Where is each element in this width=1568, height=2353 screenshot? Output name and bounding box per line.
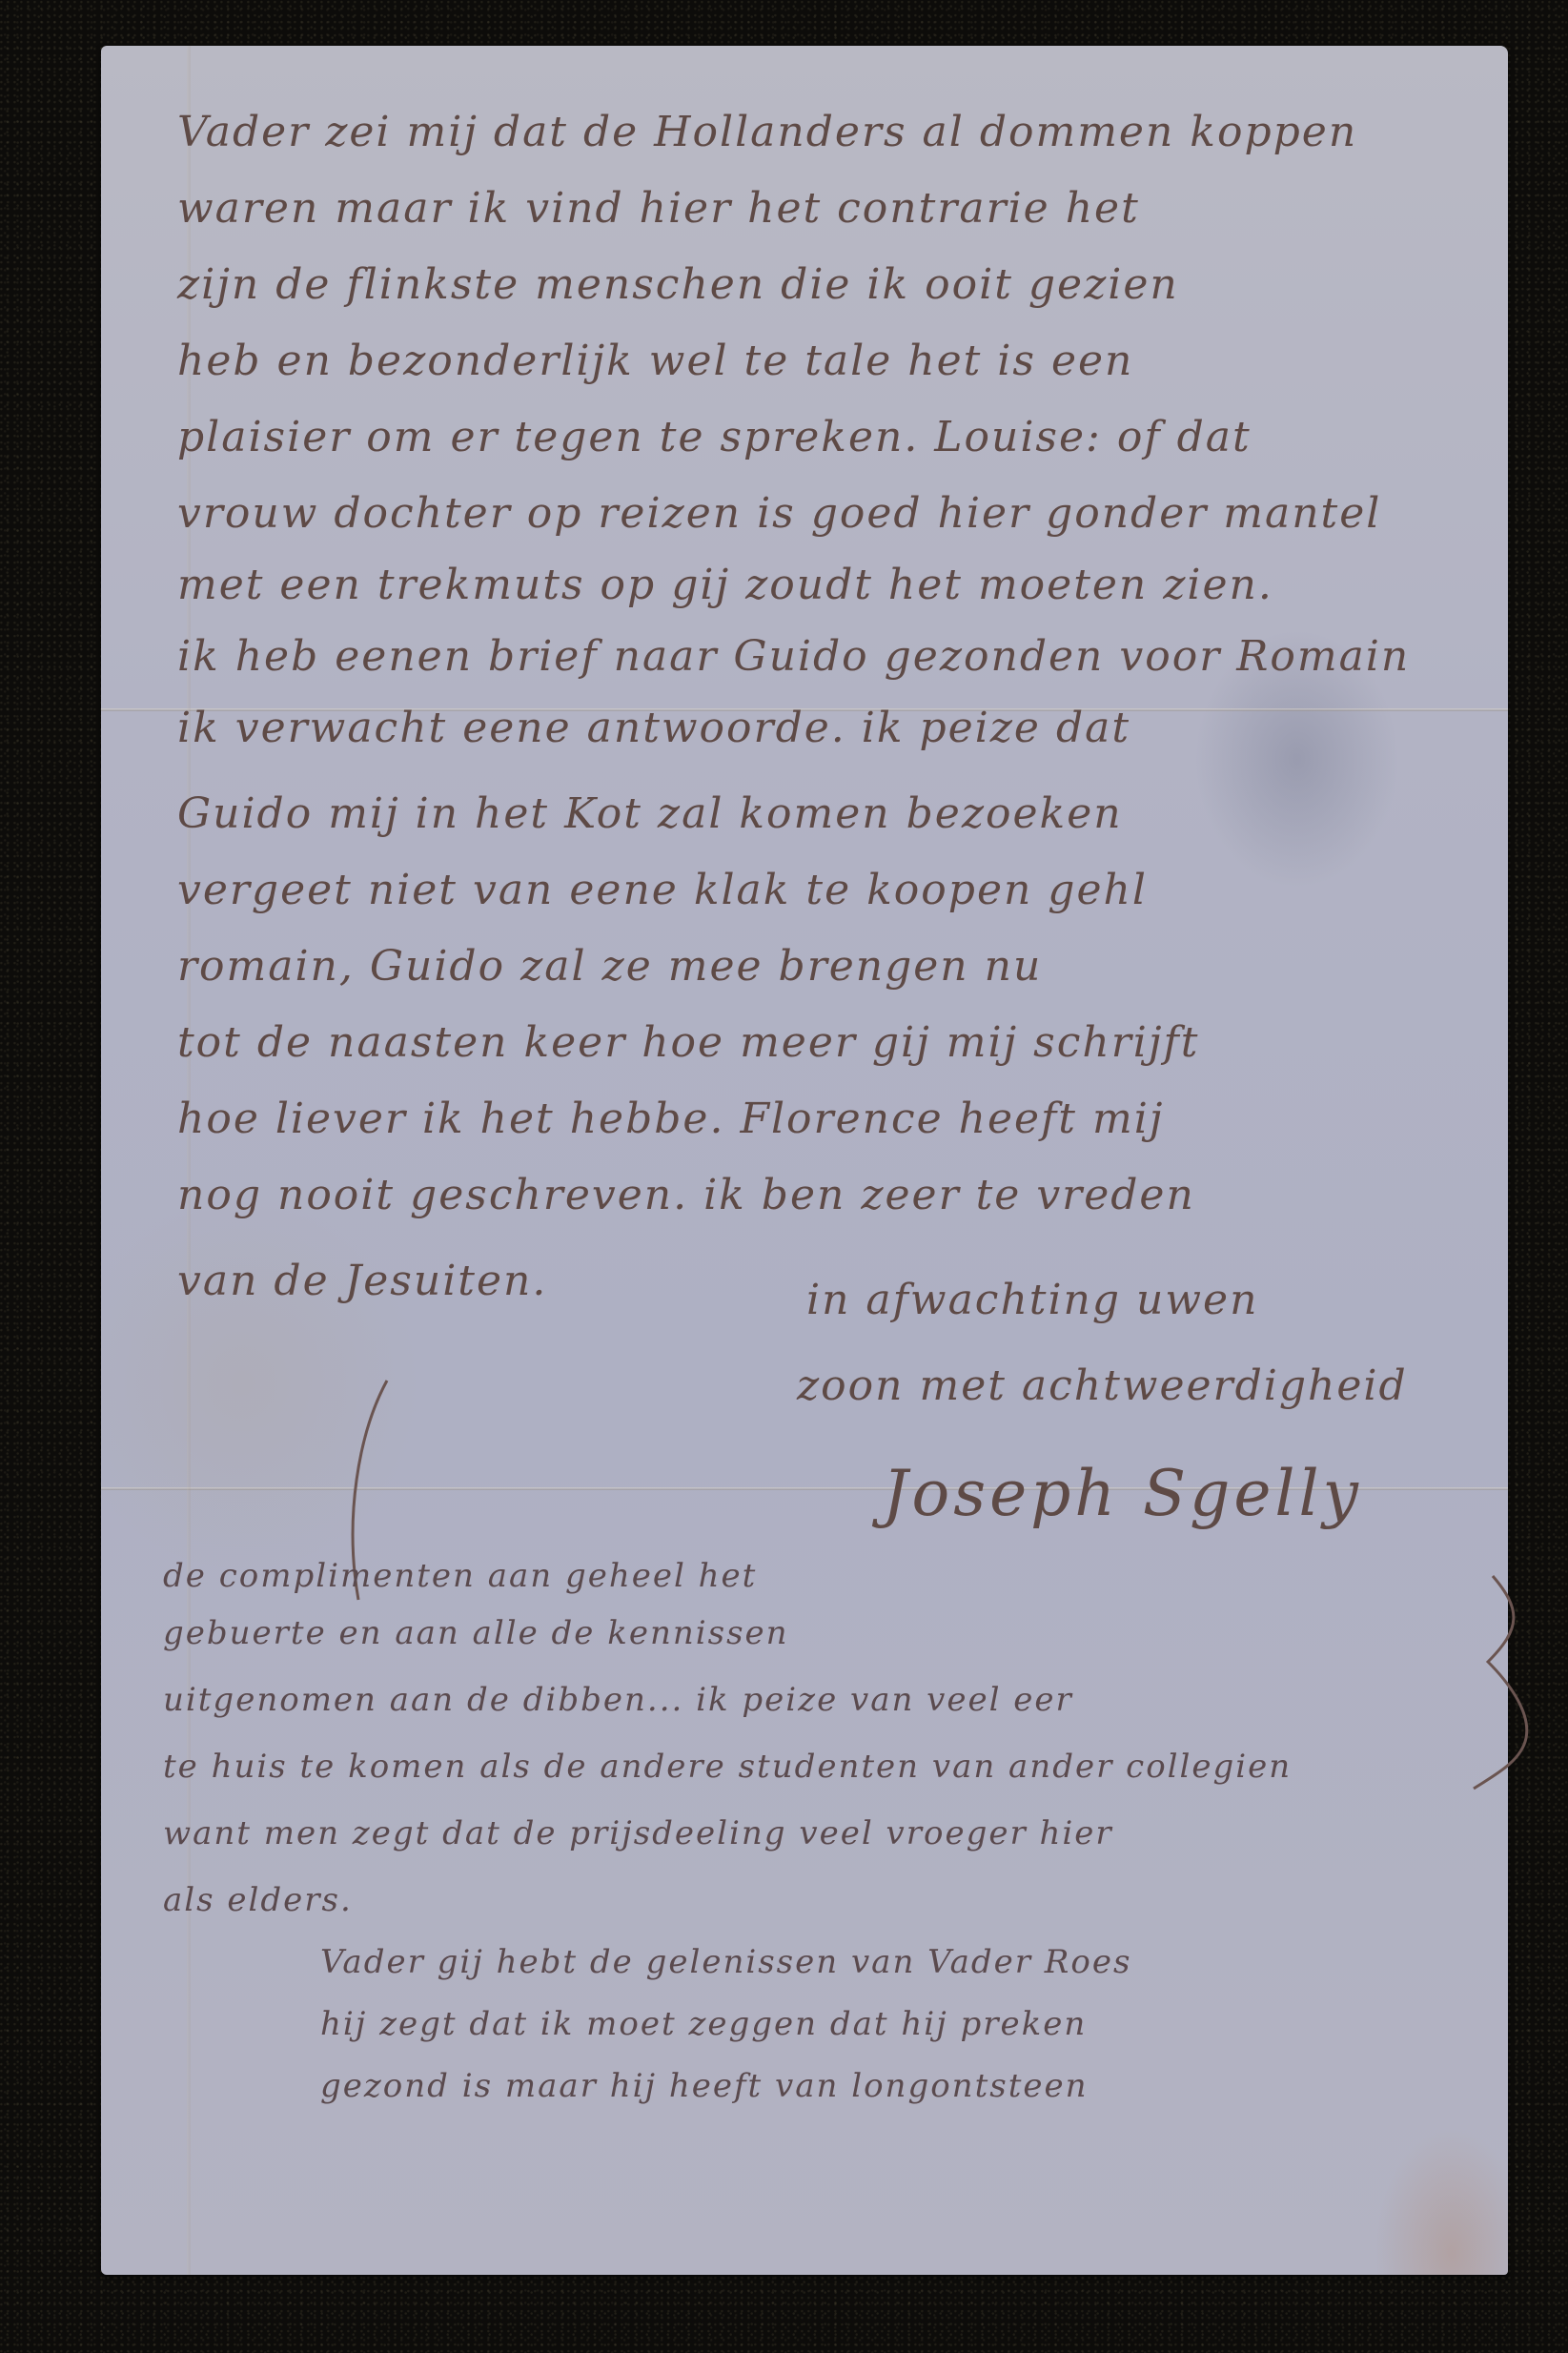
- postscript-line: want men zegt dat de prijsdeeling veel v…: [163, 1814, 1113, 1852]
- body-line: vergeet niet van eene klak te koopen geh…: [177, 866, 1148, 914]
- body-line: zijn de flinkste menschen die ik ooit ge…: [177, 260, 1179, 309]
- second-postscript-line: gezond is maar hij heeft van longontstee…: [320, 2067, 1089, 2105]
- body-line: heb en bezonderlijk wel te tale het is e…: [177, 337, 1133, 385]
- letter-sheet: ​ Vader zei mij dat de Hollanders al dom…: [101, 46, 1508, 2275]
- body-line: Vader zei mij dat de Hollanders al domme…: [177, 108, 1357, 156]
- body-line: van de Jesuiten.: [177, 1257, 547, 1305]
- postscript-line: uitgenomen aan de dibben... ik peize van…: [163, 1681, 1073, 1719]
- closing-line: in afwachting uwen: [806, 1276, 1258, 1324]
- body-line: vrouw dochter op reizen is goed hier gon…: [177, 489, 1381, 538]
- closing-line: zoon met achtweerdigheid: [797, 1361, 1408, 1410]
- body-line: tot de naasten keer hoe meer gij mij sch…: [177, 1018, 1199, 1067]
- body-line: waren maar ik vind hier het contrarie he…: [177, 184, 1140, 233]
- body-line: plaisier om er tegen te spreken. Louise:…: [177, 413, 1252, 461]
- signature: Joseph Sgelly: [883, 1457, 1362, 1530]
- second-postscript-line: Vader gij hebt de gelenissen van Vader R…: [320, 1943, 1131, 1981]
- body-line: romain, Guido zal ze mee brengen nu: [177, 942, 1042, 991]
- body-line: ik verwacht eene antwoorde. ik peize dat: [177, 704, 1130, 752]
- body-line: hoe liever ik het hebbe. Florence heeft …: [177, 1095, 1164, 1143]
- postscript-line: gebuerte en aan alle de kennissen: [163, 1614, 789, 1652]
- second-postscript-line: hij zegt dat ik moet zeggen dat hij prek…: [320, 2005, 1087, 2043]
- body-line: met een trekmuts op gij zoudt het moeten…: [177, 561, 1273, 609]
- postscript-line: te huis te komen als de andere studenten…: [163, 1748, 1292, 1786]
- body-line: Guido mij in het Kot zal komen bezoeken: [177, 789, 1123, 838]
- postscript-line: als elders.: [163, 1881, 353, 1919]
- body-line: ik heb eenen brief naar Guido gezonden v…: [177, 632, 1410, 681]
- body-line: nog nooit geschreven. ik ben zeer te vre…: [177, 1171, 1195, 1219]
- postscript-line: de complimenten aan geheel het: [163, 1557, 757, 1595]
- signature-flourish: [1455, 1571, 1531, 1790]
